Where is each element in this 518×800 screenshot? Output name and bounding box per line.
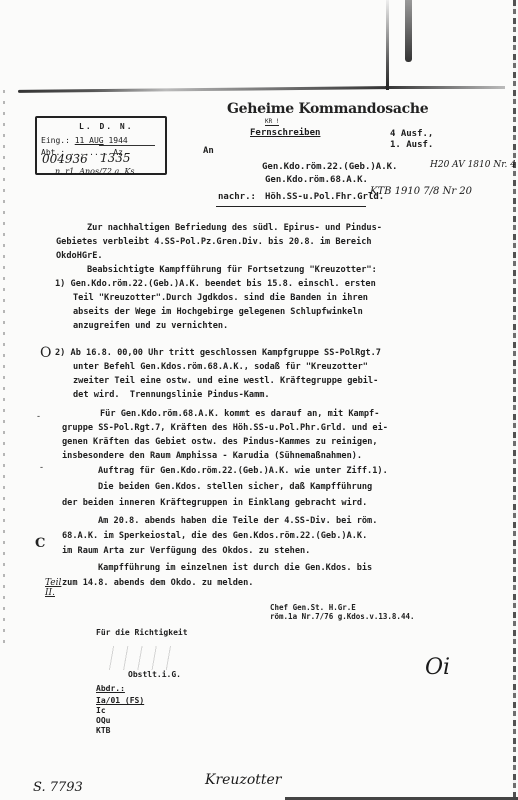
cc-recipient: Höh.SS-u.Pol.Fhr.Grld. [265,192,384,202]
header-rule [216,206,366,207]
signature [105,646,180,670]
body-line: Teil "Kreuzotter".Durch Jgdkdos. sind di… [73,292,368,305]
distribution-item: KTB [96,726,110,735]
body-line: insbesondere den Raum Amphissa - Karudia… [62,450,362,463]
scan-fold-artifact [405,0,412,62]
hole-punch-mark: C [35,536,45,551]
body-line: abseits der Wege im Hochgebirge gelegene… [73,306,363,319]
scan-fold-artifact [385,86,505,89]
handwritten-annotation: H20 AV 1810 Nr. 4 Ks [430,160,518,170]
body-line: zum 14.8. abends dem Okdo. zu melden. [62,577,253,590]
margin-note-teil-number: II. [45,588,55,598]
handwritten-annotation: KTB 1910 7/8 Nr 20 [370,186,472,197]
body-line: Zur nachhaltigen Befriedung des südl. Ep… [87,222,382,235]
hole-punch-mark: O [40,345,51,361]
addressee-label: An [203,146,214,156]
handwritten-reference: n. r1. Anos/72 a. Ks [55,167,134,176]
stamp-eingang-year: 1944 [108,136,127,145]
stamp-eingang-date: 11 AUG [75,136,104,145]
body-line: 2) Ab 16.8. 00,00 Uhr tritt geschlossen … [55,347,381,360]
body-line: zweiter Teil eine ostw. und eine westl. … [73,375,378,388]
handwritten-operation-name: Kreuzotter [205,772,282,788]
body-line: Für Gen.Kdo.röm.68.A.K. kommt es darauf … [100,408,379,421]
stamp-title: L. D. N. [79,122,134,131]
handwritten-stamp-number: 004936 [42,152,88,166]
body-line: OkdoHGrE. [56,250,103,263]
recipient: Gen.Kdo.röm.68.A.K. [265,175,368,185]
sender-line: Chef Gen.St. H.Gr.E [270,603,356,612]
margin-note-teil-label: Teil [45,578,61,588]
distribution-item: Ic [96,706,106,715]
distribution-item: Ia/01 (FS) [96,696,144,705]
body-line: genen Kräften das Gebiet ostw. des Pindu… [62,436,378,449]
copies-count: 4 Ausf., [390,129,433,139]
certifier-rank: Obstlt.i.G. [128,670,181,679]
scan-fold-artifact [18,86,388,93]
body-line: Auftrag für Gen.Kdo.röm.22.(Geb.)A.K. wi… [98,465,388,478]
body-line: 68.A.K. im Sperkeiostal, die des Gen.Kdo… [62,530,367,543]
cc-label: nachr.: [218,192,256,202]
body-line: unter Befehl Gen.Kdos.röm.68.A.K., sodaß… [73,361,368,374]
body-line: anzugreifen und zu vernichten. [73,320,228,333]
recipient: Gen.Kdo.röm.22.(Geb.)A.K. [262,162,397,172]
archive-number: S. 7793 [33,780,83,795]
scan-edge [513,0,516,800]
scan-edge [3,90,5,650]
body-line: Kampfführung im einzelnen ist durch die … [98,562,372,575]
distribution-item: OQu [96,716,110,725]
body-line: Gebietes verbleibt 4.SS-Pol.Pz.Gren.Div.… [56,236,372,249]
margin-tick: - [37,412,40,422]
stamp-eingang-label: Eing.: [41,136,75,145]
body-line: det wird. Trennungslinie Pindus-Kamm. [73,389,270,402]
handwritten-stamp-number-2: 1335 [100,151,131,165]
classification-heading: Geheime Kommandosache [227,101,428,117]
scan-fold-artifact [386,0,389,90]
stamp-eingang: Eing.: 11 AUG 1944 [41,136,128,145]
handwritten-initial: Oi [425,655,450,680]
document-page: L. D. N. Eing.: 11 AUG 1944 Abt.: ......… [0,0,518,800]
body-line: Die beiden Gen.Kdos. stellen sicher, daß… [98,481,372,494]
body-line: Am 20.8. abends haben die Teile der 4.SS… [98,515,377,528]
body-line: der beiden inneren Kräftegruppen in Eink… [62,497,367,510]
document-type: Fernschreiben [250,128,320,138]
copy-number: 1. Ausf. [390,140,433,150]
body-line: 1) Gen.Kdo.röm.22.(Geb.)A.K. beendet bis… [55,278,376,291]
body-line: im Raum Arta zur Verfügung des Okdos. zu… [62,545,310,558]
margin-note-teil: TeilII. [45,578,61,598]
sender-reference: röm.1a Nr.7/76 g.Kdos.v.13.8.44. [270,612,415,621]
certification-label: Für die Richtigkeit [96,628,188,637]
classification-sub: KR ! [265,118,279,126]
body-line: Beabsichtigte Kampfführung für Fortsetzu… [87,264,377,277]
margin-tick: - [40,463,43,473]
stamp-line [99,145,155,146]
distribution-label: Abdr.: [96,684,125,693]
body-line: gruppe SS-Pol.Rgt.7, Kräften des Höh.SS-… [62,422,388,435]
